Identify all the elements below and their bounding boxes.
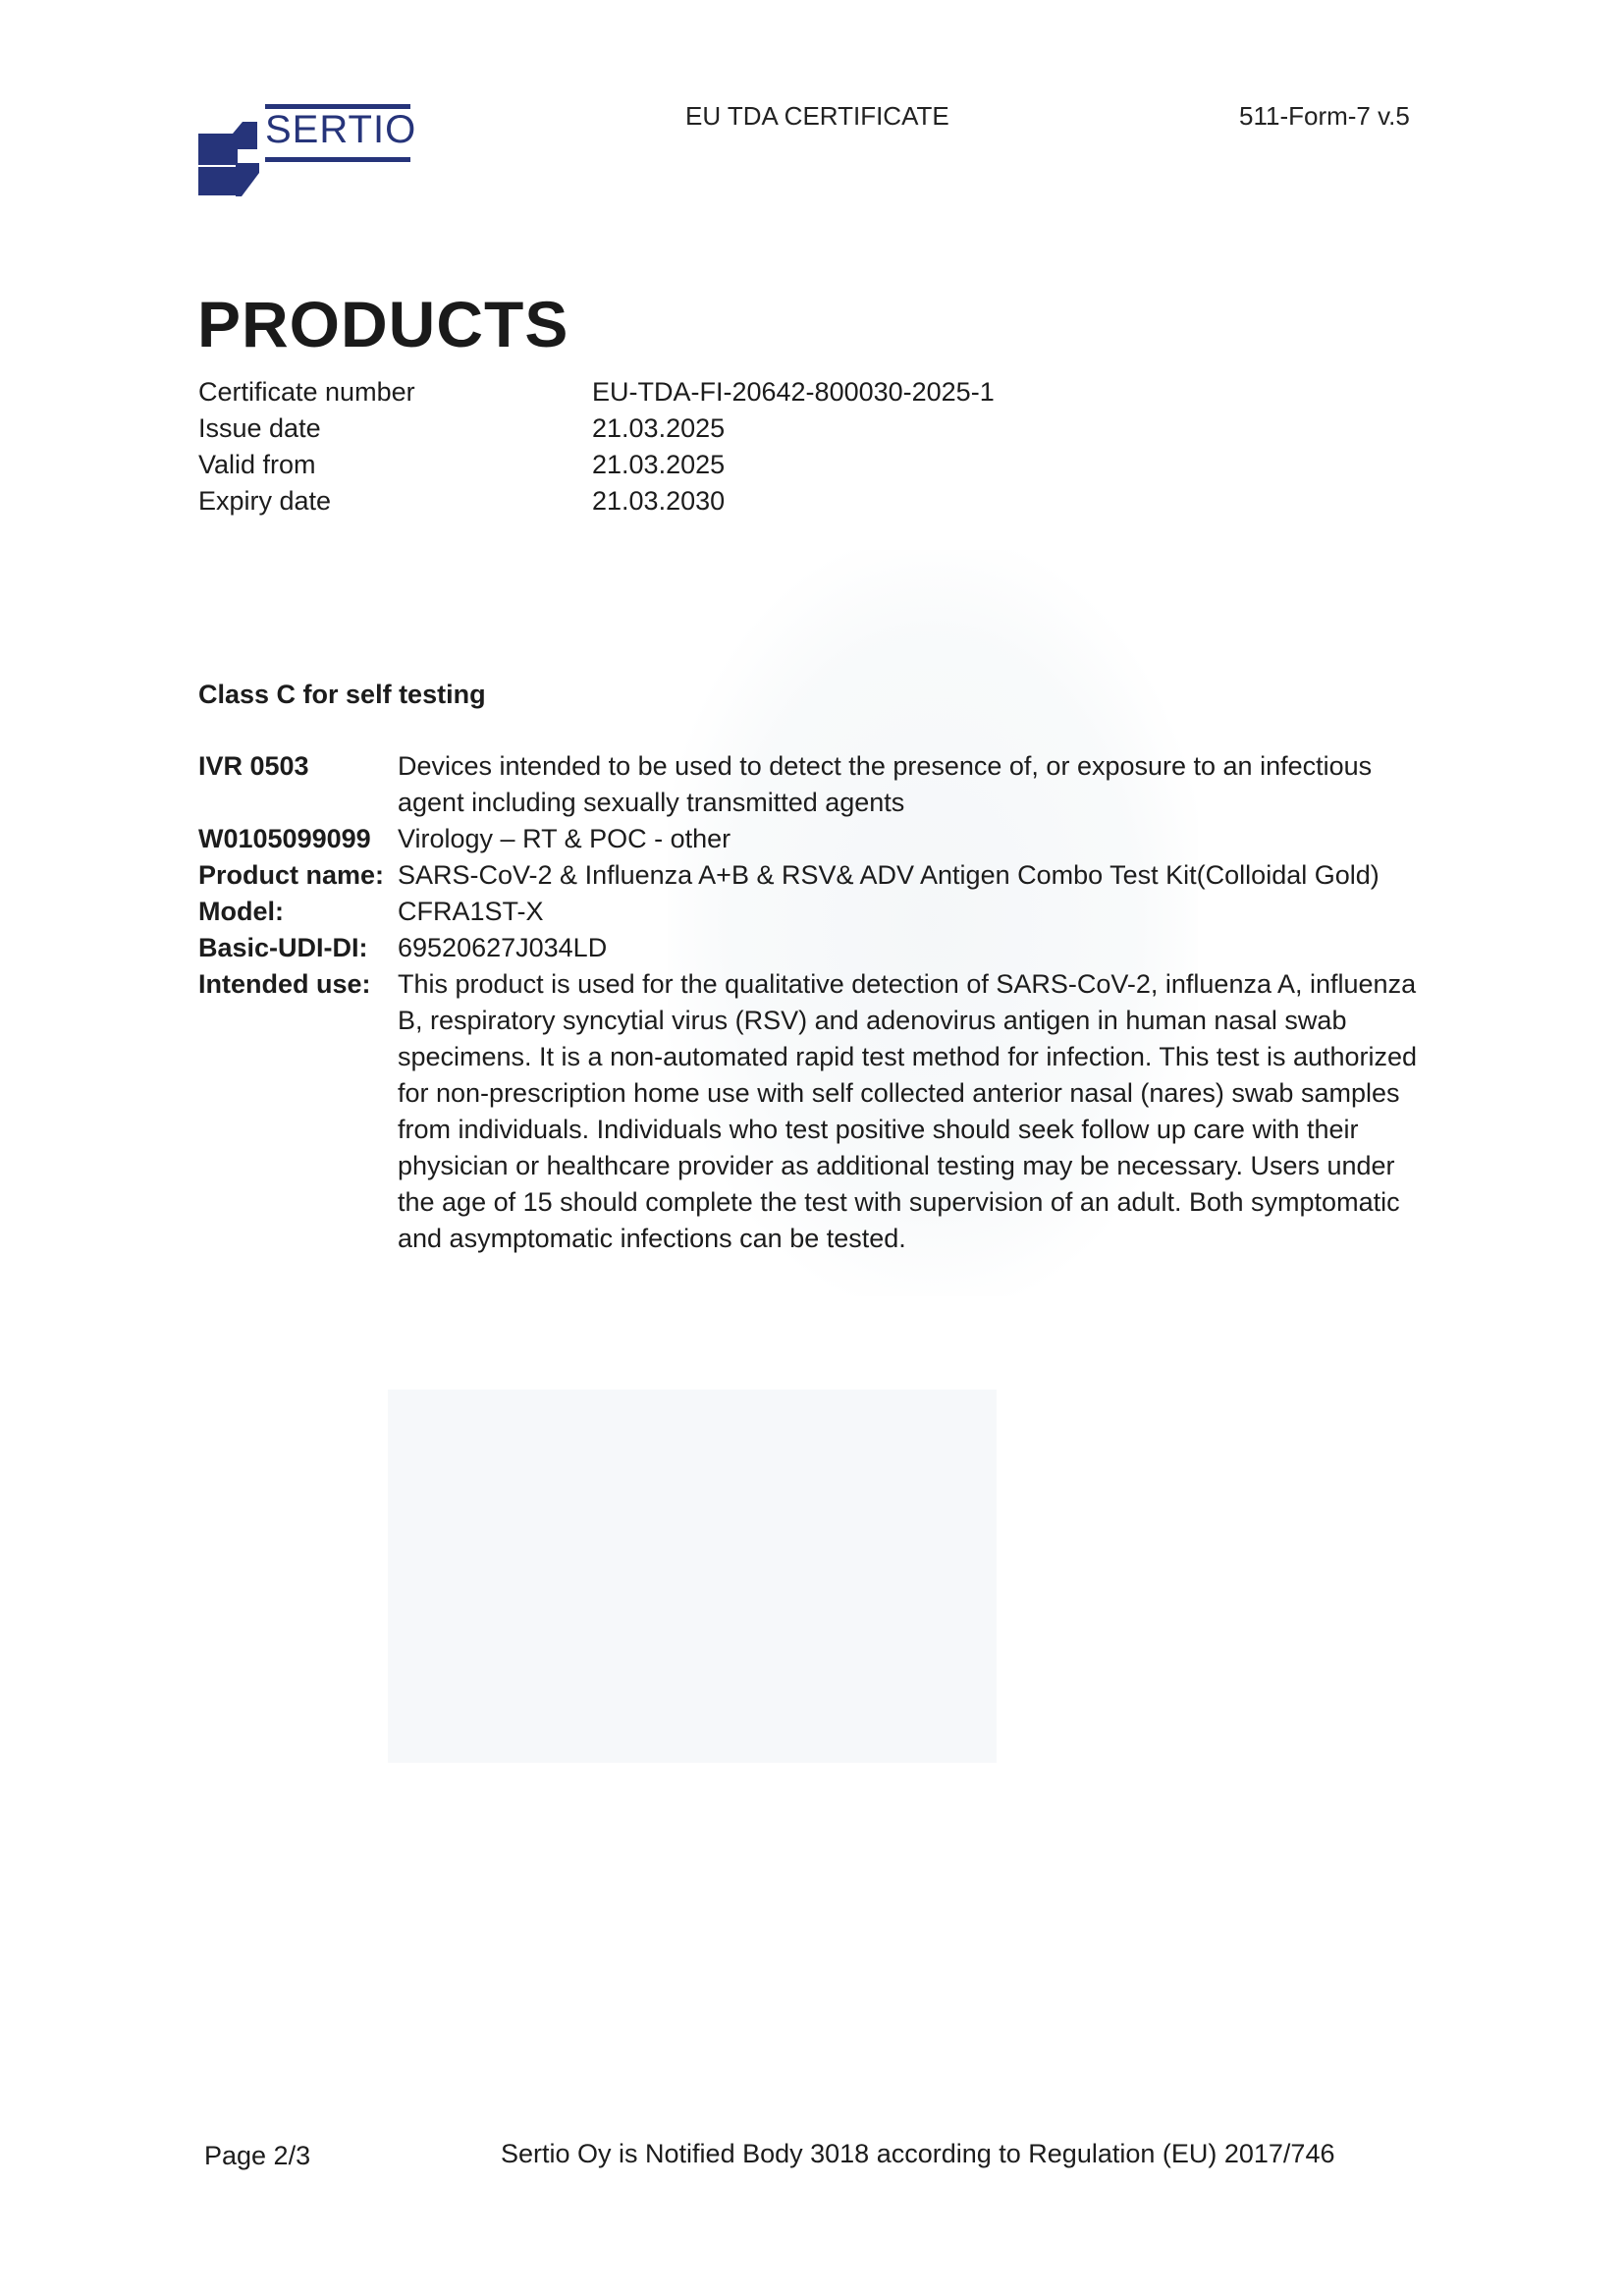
field-label: Valid from: [198, 447, 592, 483]
watermark-shade: [388, 1390, 997, 1763]
ivr-code-row: IVR 0503 Devices intended to be used to …: [198, 748, 1475, 821]
field-value: 21.03.2025: [592, 410, 725, 447]
expiry-date-row: Expiry date 21.03.2030: [198, 483, 995, 519]
field-value: EU-TDA-FI-20642-800030-2025-1: [592, 374, 995, 410]
detail-key: W0105099099: [198, 821, 398, 857]
model-row: Model: CFRA1ST-X: [198, 894, 1475, 930]
section-title: Class C for self testing: [198, 680, 486, 710]
page-number: Page 2/3: [204, 2141, 310, 2171]
page-title: PRODUCTS: [197, 287, 568, 361]
detail-key: Intended use:: [198, 966, 398, 1257]
footer-note: Sertio Oy is Notified Body 3018 accordin…: [501, 2139, 1335, 2169]
detail-key: Model:: [198, 894, 398, 930]
field-value: 21.03.2025: [592, 447, 725, 483]
detail-value: SARS-CoV-2 & Influenza A+B & RSV& ADV An…: [398, 857, 1438, 894]
detail-key: Product name:: [198, 857, 398, 894]
document-type: EU TDA CERTIFICATE: [685, 101, 949, 132]
logo-text: SERTIO: [265, 108, 416, 152]
issue-date-row: Issue date 21.03.2025: [198, 410, 995, 447]
field-label: Certificate number: [198, 374, 592, 410]
certificate-info: Certificate number EU-TDA-FI-20642-80003…: [198, 374, 995, 519]
intended-use-row: Intended use: This product is used for t…: [198, 966, 1475, 1257]
detail-value: Virology – RT & POC - other: [398, 821, 1438, 857]
detail-value: This product is used for the qualitative…: [398, 966, 1438, 1257]
basic-udi-di-row: Basic-UDI-DI: 69520627J034LD: [198, 930, 1475, 966]
detail-value: Devices intended to be used to detect th…: [398, 748, 1438, 821]
detail-key: Basic-UDI-DI:: [198, 930, 398, 966]
valid-from-row: Valid from 21.03.2025: [198, 447, 995, 483]
form-id: 511-Form-7 v.5: [1239, 101, 1410, 132]
field-value: 21.03.2030: [592, 483, 725, 519]
detail-value: CFRA1ST-X: [398, 894, 1438, 930]
product-details: IVR 0503 Devices intended to be used to …: [198, 748, 1475, 1257]
emdn-code-row: W0105099099 Virology – RT & POC - other: [198, 821, 1475, 857]
field-label: Expiry date: [198, 483, 592, 519]
product-name-row: Product name: SARS-CoV-2 & Influenza A+B…: [198, 857, 1475, 894]
detail-value: 69520627J034LD: [398, 930, 1438, 966]
field-label: Issue date: [198, 410, 592, 447]
detail-key: IVR 0503: [198, 748, 398, 821]
certificate-number-row: Certificate number EU-TDA-FI-20642-80003…: [198, 374, 995, 410]
